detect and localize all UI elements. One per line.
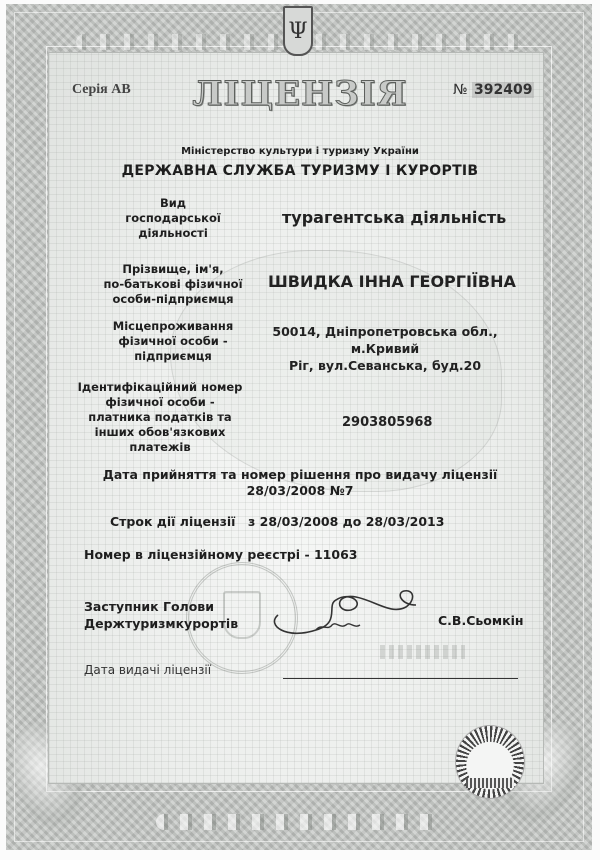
address-value: 50014, Дніпропетровська обл., м.Кривий Р… (250, 323, 520, 374)
signatory-name: С.В.Сьомкін (438, 613, 524, 628)
role-line: Заступник Голови (84, 598, 238, 615)
label-line: Вид (88, 196, 258, 211)
role-line: Держтуризмкурортів (84, 615, 238, 632)
label-line: по-батькові фізичної (88, 277, 258, 292)
registry-number: Номер в ліцензійному реєстрі - 11063 (84, 547, 357, 562)
label-line: Прізвище, ім'я, (88, 262, 258, 277)
handwritten-signature (256, 585, 426, 640)
validity-label: Строк дії ліцензії (110, 514, 235, 529)
issue-date-line (283, 678, 518, 679)
number-prefix: № (453, 82, 468, 98)
ministry-name: Міністерство культури і туризму України (0, 146, 600, 157)
service-name: ДЕРЖАВНА СЛУЖБА ТУРИЗМУ І КУРОРТІВ (0, 163, 600, 179)
label-line: Ідентифікаційний номер (60, 380, 260, 395)
decision-value: 28/03/2008 №7 (0, 483, 600, 498)
tax-id-label: Ідентифікаційний номер фізичної особи - … (60, 380, 260, 455)
number-value: 392409 (472, 82, 534, 98)
label-line: діяльності (88, 226, 258, 241)
activity-value: турагентська діяльність (282, 208, 506, 227)
address-line: Ріг, вул.Севанська, буд.20 (250, 357, 520, 374)
label-line: інших обов'язкових (60, 425, 260, 440)
label-line: фізичної особи - (60, 395, 260, 410)
label-line: господарської (88, 211, 258, 226)
name-label: Прізвище, ім'я, по-батькові фізичної осо… (88, 262, 258, 307)
hologram-seal-icon (455, 725, 525, 799)
label-line: підприємця (88, 349, 258, 364)
validity-value: з 28/03/2008 до 28/03/2013 (248, 514, 444, 529)
issue-date-label: Дата видачі ліцензії (84, 663, 211, 677)
label-line: особи-підприємця (88, 292, 258, 307)
coat-of-arms-trident-icon: Ψ (283, 6, 313, 56)
label-line: фізичної особи - (88, 334, 258, 349)
license-number: № 392409 (453, 82, 534, 98)
label-line: Місцепроживання (88, 319, 258, 334)
date-stamp-faint (380, 645, 465, 659)
activity-label: Вид господарської діяльності (88, 196, 258, 241)
address-label: Місцепроживання фізичної особи - підприє… (88, 319, 258, 364)
label-line: платежів (60, 440, 260, 455)
address-line: 50014, Дніпропетровська обл., м.Кривий (250, 323, 520, 357)
name-value: ШВИДКА ІННА ГЕОРГІЇВНА (268, 272, 516, 291)
bottom-ornament (156, 814, 442, 830)
label-line: платника податків та (60, 410, 260, 425)
signatory-role: Заступник Голови Держтуризмкурортів (84, 598, 238, 632)
tax-id-value: 2903805968 (342, 415, 432, 430)
trident-glyph: Ψ (288, 19, 307, 44)
decision-label: Дата прийняття та номер рішення про вида… (0, 467, 600, 482)
